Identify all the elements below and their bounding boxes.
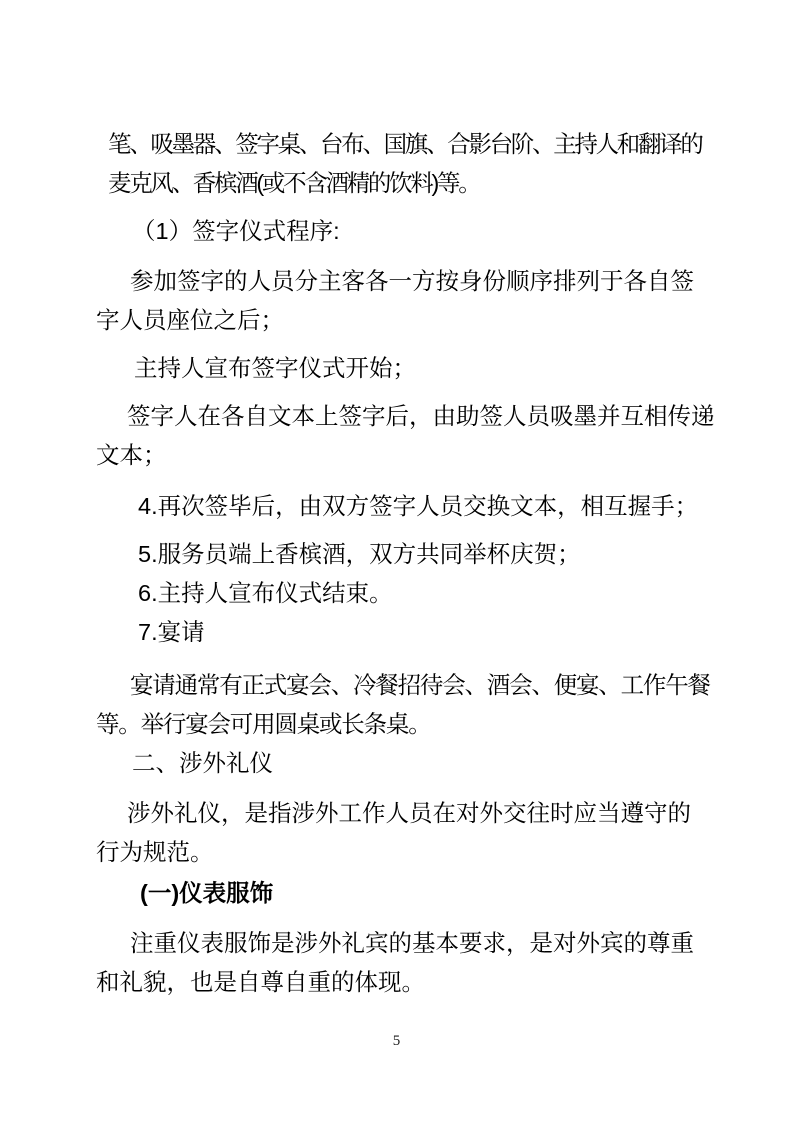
para-foreign-etiquette-definition: 涉外礼仪，是指涉外工作人员在对外交往时应当遵守的 行为规范。 <box>96 794 756 872</box>
para-signing-and-exchange-texts: 签字人在各自文本上签字后，由助签人员吸墨并互相传递 文本； <box>96 397 756 475</box>
para-banquet-types: 宴请通常有正式宴会、冷餐招待会、酒会、便宴、工作午餐 等。举行宴会可用圆桌或长条… <box>96 666 756 744</box>
para-section-2-foreign-etiquette-heading: 二、涉外礼仪 <box>96 744 756 783</box>
para-signing-personnel-lineup: 参加签字的人员分主客各一方按身份顺序排列于各自签 字人员座位之后； <box>96 262 756 340</box>
para-signing-procedure-heading: （1）签字仪式程序: <box>96 212 756 251</box>
para-step-4-exchange-handshake: 4.再次签毕后，由双方签字人员交换文本，相互握手； <box>96 487 756 526</box>
document-page: 笔、吸墨器、签字桌、台布、国旗、合影台阶、主持人和翻译的 麦克风、香槟酒(或不含… <box>0 0 793 1122</box>
para-step-6-ceremony-end: 6.主持人宣布仪式结束。 <box>96 574 756 613</box>
para-appearance-importance: 注重仪表服饰是涉外礼宾的基本要求，是对外宾的尊重 和礼貌，也是自尊自重的体现。 <box>96 924 756 1002</box>
para-step-5-champagne-toast: 5.服务员端上香槟酒，双方共同举杯庆贺； <box>96 535 756 574</box>
para-host-announces-start: 主持人宣布签字仪式开始； <box>96 349 756 388</box>
para-appearance-attire-heading: (一)仪表服饰 <box>96 874 756 913</box>
para-step-7-banquet: 7.宴请 <box>96 613 756 652</box>
para-signing-supplies-continuation: 笔、吸墨器、签字桌、台布、国旗、合影台阶、主持人和翻译的 麦克风、香槟酒(或不含… <box>108 125 756 203</box>
document-body: 笔、吸墨器、签字桌、台布、国旗、合影台阶、主持人和翻译的 麦克风、香槟酒(或不含… <box>96 0 756 1002</box>
page-number: 5 <box>0 1033 793 1050</box>
